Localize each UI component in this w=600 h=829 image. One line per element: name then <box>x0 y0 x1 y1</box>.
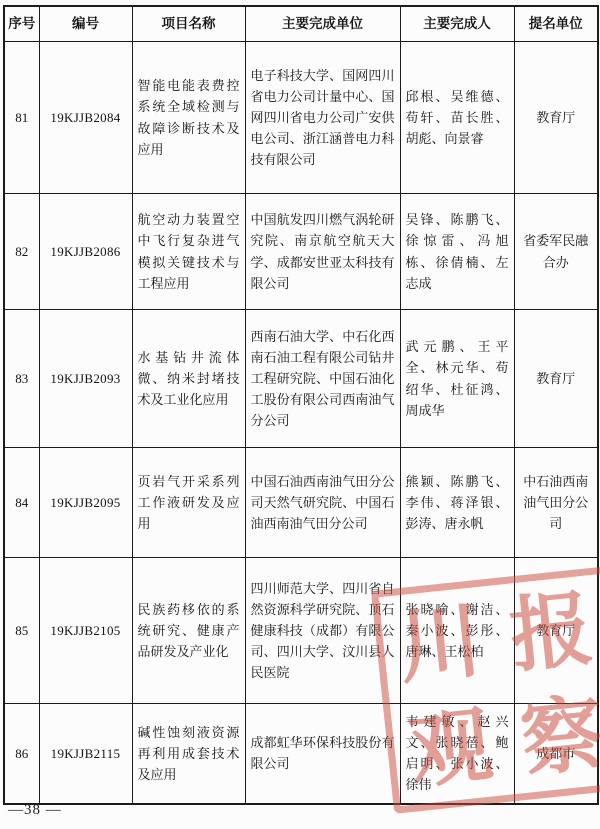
cell-nominator: 教育厅 <box>514 310 598 448</box>
cell-main-units: 电子科技大学、国网四川省电力公司计量中心、国网四川省电力公司广安供电公司、浙江涵… <box>245 42 400 194</box>
cell-main-units: 中国航发四川燃气涡轮研究院、南京航空航天大学、成都安世亚太科技有限公司 <box>245 194 400 310</box>
table-row: 85 19KJJB2105 民族药栘依的系统研究、健康产品研发及产业化 四川师范… <box>4 558 598 704</box>
cell-code: 19KJJB2115 <box>39 704 132 804</box>
cell-serial: 84 <box>4 448 39 558</box>
cell-nominator: 成都市 <box>514 704 598 804</box>
cell-serial: 86 <box>4 704 39 804</box>
table-row: 82 19KJJB2086 航空动力装置空中飞行复杂进气模拟关键技术与工程应用 … <box>4 194 598 310</box>
cell-project-name: 民族药栘依的系统研究、健康产品研发及产业化 <box>132 558 245 704</box>
table-row: 86 19KJJB2115 碱性蚀刻液资源再利用成套技术及应用 成都虹华环保科技… <box>4 704 598 804</box>
cell-main-units: 西南石油大学、中石化西南石油工程有限公司钻井工程研究院、中国石油化工股份有限公司… <box>245 310 400 448</box>
cell-main-people: 吴锋、陈鹏飞、徐惊雷、冯旭栋、徐倩楠、左志成 <box>400 194 514 310</box>
table-row: 81 19KJJB2084 智能电能表费控系统全域检测与故障诊断技术及应用 电子… <box>4 42 598 194</box>
cell-serial: 85 <box>4 558 39 704</box>
cell-main-people: 韦建敏、赵兴文、张晓蓓、鲍启明、张小波、徐伟 <box>400 704 514 804</box>
page-number: —38 — <box>8 802 62 819</box>
col-header-code: 编号 <box>39 6 132 42</box>
cell-main-people: 张晓喻、谢洁、秦小波、彭彤、唐琳、王松柏 <box>400 558 514 704</box>
cell-code: 19KJJB2086 <box>39 194 132 310</box>
cell-main-people: 邱根、吴维德、苟轩、苗长胜、胡彪、向景睿 <box>400 42 514 194</box>
cell-main-units: 成都虹华环保科技股份有限公司 <box>245 704 400 804</box>
col-header-main-people: 主要完成人 <box>400 6 514 42</box>
cell-main-people: 武元鹏、王平全、林元华、苟绍华、杜征鸿、周成华 <box>400 310 514 448</box>
cell-project-name: 水基钻井流体微、纳米封堵技术及工业化应用 <box>132 310 245 448</box>
col-header-serial: 序号 <box>4 6 39 42</box>
cell-project-name: 智能电能表费控系统全域检测与故障诊断技术及应用 <box>132 42 245 194</box>
cell-main-units: 四川师范大学、四川省自然资源科学研究院、顶石健康科技（成都）有限公司、四川大学、… <box>245 558 400 704</box>
col-header-nominator: 提名单位 <box>514 6 598 42</box>
col-header-project-name: 项目名称 <box>132 6 245 42</box>
award-project-table: 序号 编号 项目名称 主要完成单位 主要完成人 提名单位 81 19KJJB20… <box>3 5 599 805</box>
table-row: 83 19KJJB2093 水基钻井流体微、纳米封堵技术及工业化应用 西南石油大… <box>4 310 598 448</box>
cell-project-name: 航空动力装置空中飞行复杂进气模拟关键技术与工程应用 <box>132 194 245 310</box>
col-header-main-units: 主要完成单位 <box>245 6 400 42</box>
cell-nominator: 省委军民融合办 <box>514 194 598 310</box>
cell-serial: 82 <box>4 194 39 310</box>
cell-project-name: 页岩气开采系列工作液研发及应用 <box>132 448 245 558</box>
cell-code: 19KJJB2084 <box>39 42 132 194</box>
cell-code: 19KJJB2105 <box>39 558 132 704</box>
table-row: 84 19KJJB2095 页岩气开采系列工作液研发及应用 中国石油西南油气田分… <box>4 448 598 558</box>
cell-code: 19KJJB2093 <box>39 310 132 448</box>
cell-project-name: 碱性蚀刻液资源再利用成套技术及应用 <box>132 704 245 804</box>
cell-nominator: 中石油西南油气田分公司 <box>514 448 598 558</box>
cell-nominator: 教育厅 <box>514 558 598 704</box>
table-header-row: 序号 编号 项目名称 主要完成单位 主要完成人 提名单位 <box>4 6 598 42</box>
cell-nominator: 教育厅 <box>514 42 598 194</box>
cell-main-units: 中国石油西南油气田分公司天然气研究院、中国石油西南油气田分公司 <box>245 448 400 558</box>
cell-main-people: 熊颖、陈鹏飞、李伟、蒋泽银、彭涛、唐永帆 <box>400 448 514 558</box>
cell-serial: 81 <box>4 42 39 194</box>
cell-serial: 83 <box>4 310 39 448</box>
cell-code: 19KJJB2095 <box>39 448 132 558</box>
